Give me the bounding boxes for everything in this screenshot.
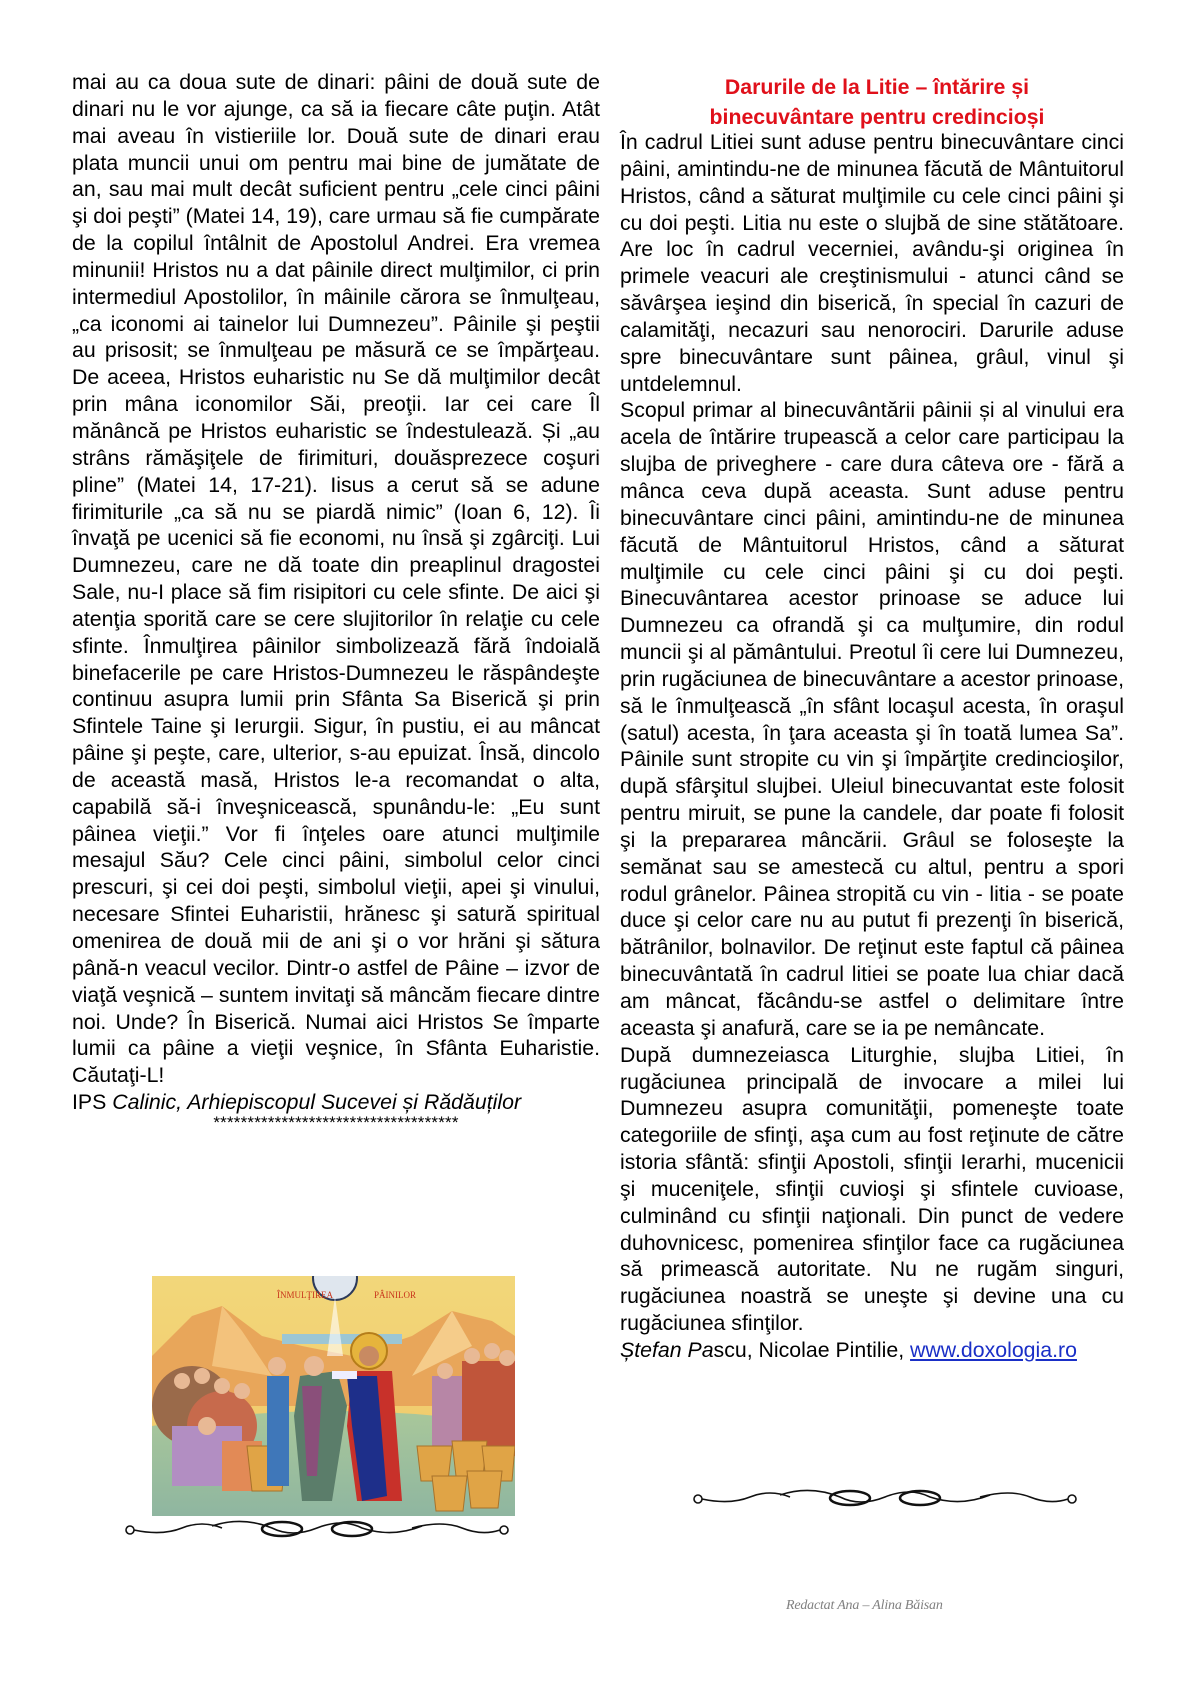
doxologia-link[interactable]: www.doxologia.ro [910, 1338, 1077, 1362]
signature-authors: scu, Nicolae Pintilie, [714, 1338, 911, 1362]
author-signature-left: IPS Calinic, Arhiepiscopul Sucevei și Ră… [72, 1089, 600, 1115]
article-paragraph-3: După dumnezeiasca Liturghie, slujba Liti… [620, 1042, 1124, 1337]
signature-author-italic: Ștefan Pa [620, 1338, 714, 1362]
signature-name: Calinic, Arhiepiscopul Sucevei și Rădăuț… [112, 1090, 521, 1114]
star-separator: ************************************ [72, 1113, 600, 1133]
svg-text:ÎNMULŢIREA: ÎNMULŢIREA [277, 1290, 333, 1300]
signature-prefix: IPS [72, 1090, 112, 1114]
decorative-flourish-left [122, 1518, 512, 1540]
article-title-line-2: binecuvântare pentru credincioși [620, 105, 1124, 129]
article-title: Darurile de la Litie – întărire și binec… [620, 75, 1124, 129]
article-title-line-1: Darurile de la Litie – întărire și [620, 75, 1124, 99]
article-paragraph-1: În cadrul Litiei sunt aduse pentru binec… [620, 129, 1124, 397]
decorative-flourish-right [690, 1487, 1080, 1509]
article-body-left: mai au ca doua sute de dinari: pâini de … [72, 69, 600, 1089]
editor-credit-footer: Redactat Ana – Alina Băisan [786, 1598, 943, 1614]
right-column: Darurile de la Litie – întărire și binec… [620, 69, 1124, 1363]
left-column: mai au ca doua sute de dinari: pâini de … [72, 69, 600, 1133]
icon-image-multiplication-of-loaves: ÎNMULŢIREA PÂINILOR [152, 1276, 515, 1516]
author-signature-right: Ștefan Pascu, Nicolae Pintilie, www.doxo… [620, 1337, 1124, 1363]
svg-text:PÂINILOR: PÂINILOR [374, 1290, 416, 1300]
article-paragraph-2: Scopul primar al binecuvântării pâinii ș… [620, 397, 1124, 1041]
